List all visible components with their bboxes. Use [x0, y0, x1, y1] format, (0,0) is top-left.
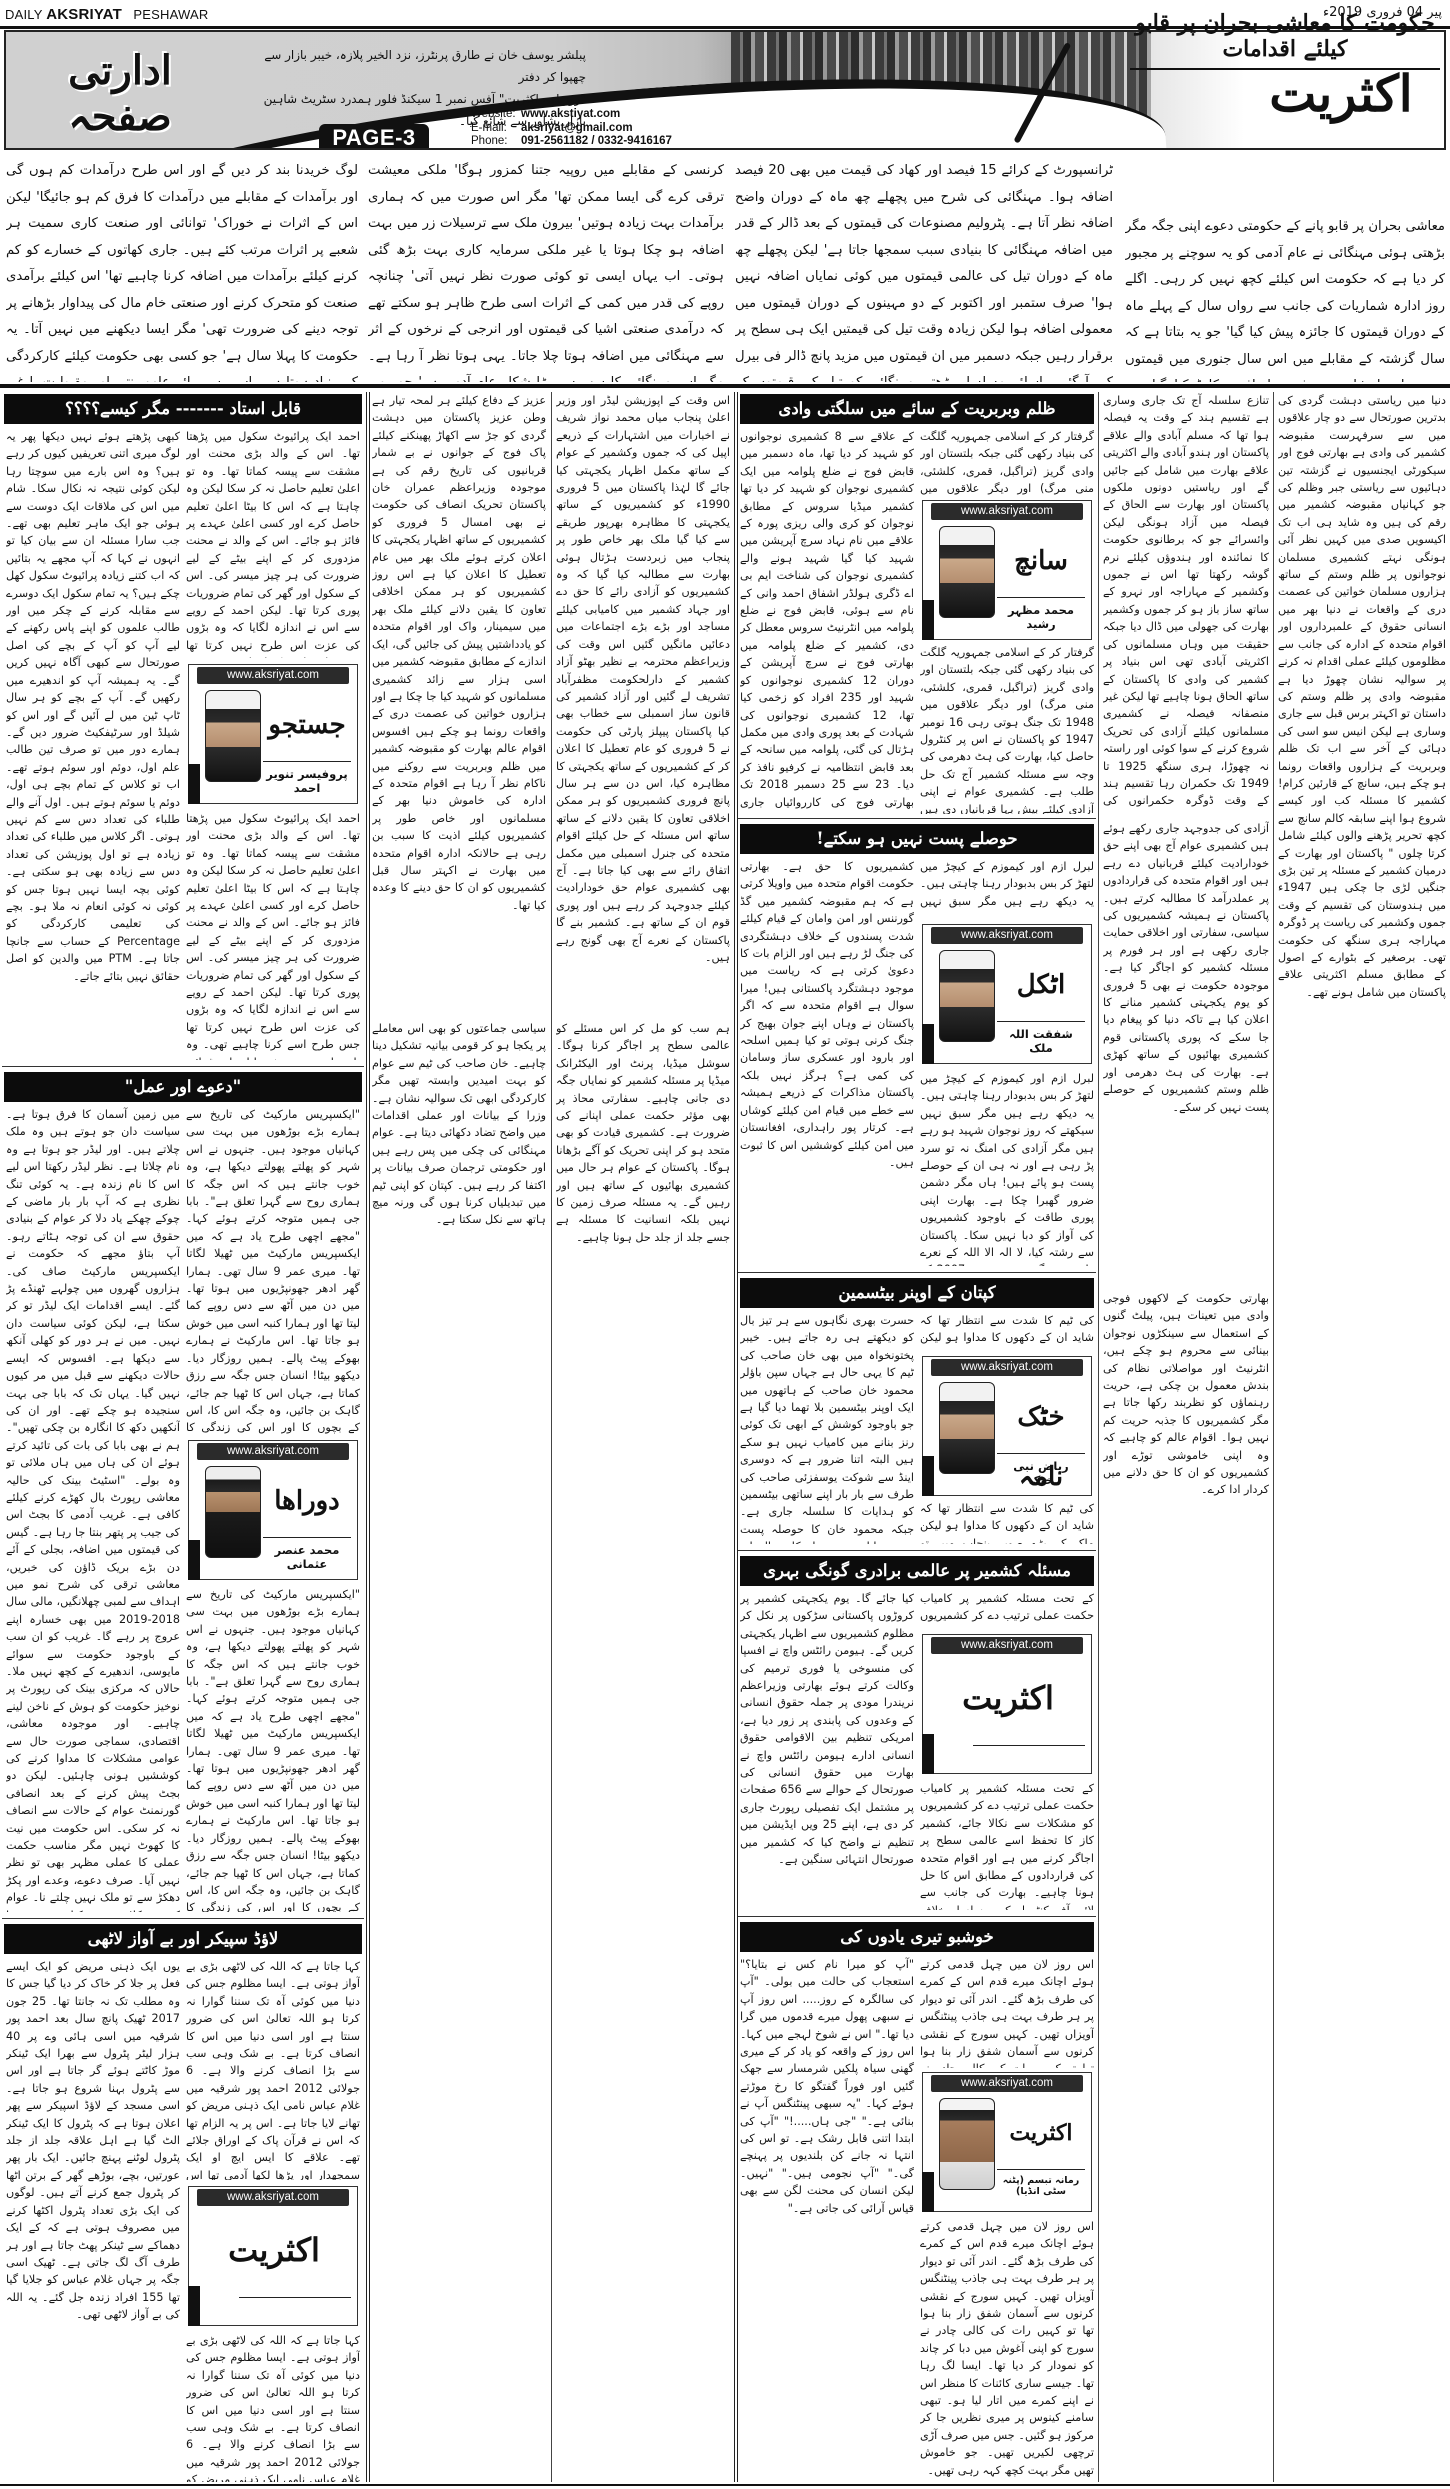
- website-label: www.aksriyat.com: [931, 503, 1083, 520]
- section-heading: خوشبو تیری یادوں کی: [740, 1922, 1094, 1952]
- article-text: لبرل ازم اور کیموزم کے کیچڑ میں لتھڑ کر …: [920, 858, 1094, 912]
- article-text: آزادی کی جدوجہد جاری رکھے ہوئے ہیں کشمیر…: [1103, 820, 1269, 1280]
- newspaper-brand: DAILY AKSRIYAT PESHAWAR: [5, 6, 208, 23]
- article-text: اس وقت کے اپوزیشن لیڈر اور وزیر اعلیٰ پن…: [556, 392, 730, 1012]
- editorial-article: معاشی بحران پر قابو پانے کے حکومتی دعوے …: [0, 158, 1450, 382]
- columnist-box-atkal: www.aksriyat.com اٹکل شفقت اللہ ملک: [922, 924, 1092, 1064]
- section-heading: حوصلے پست نہیں ہو سکتے!: [740, 824, 1094, 854]
- article-text: کے تحت مسئلہ کشمیر پر کامیاب حکمت عملی ت…: [920, 1780, 1094, 1910]
- columnist-box-rumana: www.aksriyat.com اکثریت رمانہ تبسم (پٹنہ…: [922, 2072, 1092, 2212]
- bottom-rule: [0, 2484, 1450, 2486]
- box-shadow-decoration: [188, 2286, 200, 2326]
- divider: [263, 761, 351, 762]
- article-text: عزیز کے دفاع کیلئے ہر لمحہ تیار ہے وطن ع…: [372, 392, 546, 1012]
- divider: [997, 2169, 1085, 2170]
- article-text: اس روز لان میں چہل قدمی کرتے ہوئے اچانک …: [920, 2218, 1094, 2482]
- column-divider: [1273, 392, 1274, 2482]
- article-text: گرفتار کر کے اسلامی جمہوریہ گلگت کی بنیا…: [920, 428, 1094, 498]
- article-text: لبرل ازم اور کیموزم کے کیچڑ میں لتھڑ کر …: [920, 1070, 1094, 1266]
- editorial-headline: حکومت کا معاشی بحران پر قابو کیلئے اقدام…: [1130, 10, 1440, 70]
- author-name: محمد عنصر عثمانی: [265, 1543, 349, 1571]
- divider: [997, 1021, 1085, 1022]
- columnist-photo: [939, 526, 995, 618]
- divider: [997, 1453, 1085, 1454]
- section-divider: [738, 1272, 1096, 1273]
- column-title: اکثریت: [1001, 2103, 1081, 2163]
- column-title: جستجو: [267, 695, 347, 755]
- website-link[interactable]: www.akstiyat.com: [521, 108, 620, 120]
- brand-prefix: DAILY: [5, 7, 42, 22]
- article-text: احمد ایک پرائیوٹ سکول میں پڑھتا تھا۔ اس …: [186, 810, 360, 1060]
- author-name: ریاض نبی خٹک: [999, 1459, 1083, 1487]
- author-name: شفقت اللہ ملک: [999, 1027, 1083, 1055]
- phone-label: Phone:: [471, 135, 521, 149]
- article-text: تنازع سلسلہ آج تک جاری وساری ہے تقسیم ہن…: [1103, 392, 1269, 812]
- article-text: کی ٹیم کا شدت سے انتظار تھا کہ شاید ان ک…: [920, 1500, 1094, 1544]
- column-divider: [551, 392, 552, 2482]
- box-shadow-decoration: [188, 764, 200, 804]
- website-label: www.aksriyat.com: [931, 1359, 1083, 1376]
- website-label: www.aksriyat.com: [197, 1443, 349, 1460]
- editorial-col-3: کرنسی کے مقابلے میں روپیہ جتنا کمزور ہوگ…: [368, 158, 724, 382]
- section-heading: ظلم وبربریت کے سائے میں سلگتی وادی: [740, 394, 1094, 424]
- page-number-badge: PAGE-3: [319, 124, 429, 150]
- website-label: www.aksriyat.com: [197, 667, 349, 684]
- article-text: گرفتار کر کے اسلامی جمہوریہ گلگت کی بنیا…: [920, 644, 1094, 814]
- box-shadow-decoration: [922, 2172, 934, 2212]
- article-text: دنیا میں ریاستی دہشت گردی کی بدترین صورت…: [1278, 392, 1446, 2482]
- section-heading: "دعوے اور عمل": [4, 1072, 362, 1102]
- columnist-photo: [205, 690, 261, 782]
- article-text: احمد ایک پرائیوٹ سکول میں پڑھتا تھا۔ اس …: [186, 428, 360, 658]
- website-label: www.aksriyat.com: [931, 2075, 1083, 2092]
- author-name: محمد مظہر رشید: [999, 603, 1083, 631]
- website-label: www.aksriyat.com: [197, 2189, 349, 2206]
- brand-city: PESHAWAR: [133, 7, 208, 22]
- article-text: بھارتی حکومت کے لاکھوں فوجی وادی میں تعی…: [1103, 1290, 1269, 2480]
- article-text: کہا جاتا ہے کہ اللہ کی لاٹھی بڑی بے آواز…: [186, 2332, 360, 2482]
- imprint-line-1: پبلشر یوسف خان نے طارق پرنٹرز، نزد الخیر…: [256, 44, 586, 88]
- phone-number: 091-2561182 / 0332-9416167: [521, 135, 672, 147]
- columnist-photo: [939, 950, 995, 1042]
- author-name: پروفیسر تنویر احمد: [265, 767, 349, 795]
- columnist-box-logo: www.aksriyat.com اکثریت: [922, 1634, 1092, 1774]
- column-divider-left: [366, 392, 370, 2482]
- divider: [973, 1745, 1085, 1746]
- box-shadow-decoration: [922, 1456, 934, 1496]
- divider: [239, 2297, 351, 2298]
- section-divider: [738, 818, 1096, 819]
- editorial-col-1: معاشی بحران پر قابو پانے کے حکومتی دعوے …: [1125, 214, 1445, 382]
- aksriyat-logo: اکثریت: [937, 1663, 1079, 1733]
- article-text: سیاسی جماعتوں کو بھی اس معاملے پر یکجا ہ…: [372, 1020, 546, 2482]
- column-title: اٹکل: [1001, 955, 1081, 1015]
- editorial-page-title: ادارتی صفحہ: [20, 48, 220, 140]
- article-text: حسرت بھری نگاہوں سے ہر تیز بال کو دیکھتے…: [740, 1312, 914, 1544]
- brand-name: AKSRIYAT: [46, 6, 122, 23]
- box-shadow-decoration: [922, 1734, 934, 1774]
- column-divider: [1098, 392, 1099, 2482]
- columnist-photo: [205, 1466, 261, 1558]
- columnist-box-doraha: www.aksriyat.com دوراھا محمد عنصر عثمانی: [188, 1440, 358, 1580]
- article-text: "ایکسپریس مارکیٹ کی تاریخ سے ہمارے بڑے ب…: [186, 1106, 360, 1436]
- section-divider: [2, 1918, 364, 1919]
- article-text: میں زمین آسمان کا فرق ہوتا ہے۔ سیاست دان…: [6, 1106, 180, 1912]
- column-divider-center: [734, 392, 738, 2482]
- author-name: رمانہ تبسم (پٹنہ سٹی انڈیا): [999, 2175, 1083, 2197]
- article-text: اس روز لان میں چہل قدمی کرتے ہوئے اچانک …: [920, 1956, 1094, 2068]
- divider: [263, 1537, 351, 1538]
- website-label: www.aksriyat.com: [931, 927, 1083, 944]
- article-text: ہم سب کو مل کر اس مسئلے کو عالمی سطح پر …: [556, 1020, 730, 2482]
- aksriyat-logo: اکثریت: [203, 2215, 345, 2285]
- email-label: E-mail:: [471, 122, 521, 136]
- section-divider: [738, 1550, 1096, 1551]
- article-text: یوں ایک ذہنی مریض کو ایک ایسے فعل پر جلا…: [6, 1958, 180, 2482]
- article-text: "ایکسپریس مارکیٹ کی تاریخ سے ہمارے بڑے ب…: [186, 1586, 360, 1912]
- columnist-box-justuju: www.aksriyat.com جستجو پروفیسر تنویر احم…: [188, 664, 358, 804]
- columnist-photo: [939, 2098, 995, 2190]
- column-title: دوراھا: [267, 1471, 347, 1531]
- divider: [997, 597, 1085, 598]
- editorial-col-4: لوگ خریدنا بند کر دیں گے اور اس طرح درآم…: [6, 158, 358, 382]
- box-shadow-decoration: [188, 1540, 200, 1580]
- columnist-photo: [939, 1382, 995, 1474]
- column-title: سانچ: [1001, 531, 1081, 591]
- article-text: کشمیریوں کا حق ہے۔ بھارتی حکومت اقوام مت…: [740, 858, 914, 1266]
- article-text: "آپ کو میرا نام کس نے بتایا؟" استعجاب کی…: [740, 1956, 914, 2482]
- contact-info: Website:www.akstiyat.com E-mail:aksriyat…: [471, 108, 672, 149]
- article-text: کیا جائے گا۔ یوم یکجہتی کشمیر پر کروڑوں …: [740, 1590, 914, 1910]
- editorial-bottom-rule: [0, 384, 1450, 388]
- box-shadow-decoration: [922, 1024, 934, 1064]
- columnist-box-khattak-nama: www.aksriyat.com خٹک نامہ ریاض نبی خٹک: [922, 1356, 1092, 1496]
- section-heading: لاؤڈ سپیکر اور بے آواز لاٹھی: [4, 1924, 362, 1954]
- columnist-box-logo: www.aksriyat.com اکثریت: [188, 2186, 358, 2326]
- box-shadow-decoration: [922, 600, 934, 640]
- article-text: کے تحت مسئلہ کشمیر پر کامیاب حکمت عملی ت…: [920, 1590, 1094, 1626]
- website-label: www.aksriyat.com: [931, 1637, 1083, 1654]
- email-link[interactable]: aksriyat@gmail.com: [521, 122, 633, 134]
- article-text: کہا جاتا ہے کہ اللہ کی لاٹھی بڑی بے آواز…: [186, 1958, 360, 2180]
- article-text: کی ٹیم کا شدت سے انتظار تھا کہ شاید ان ک…: [920, 1312, 1094, 1348]
- section-divider: [2, 1066, 364, 1067]
- columnist-box-sanch: www.aksriyat.com سانچ محمد مظہر رشید: [922, 500, 1092, 640]
- editorial-col-2: ٹرانسپورٹ کے کرائے 15 فیصد اور کھاد کی ق…: [735, 158, 1113, 382]
- article-text: کے علاقے سے 8 کشمیری نوجوانوں کو شہید کر…: [740, 428, 914, 814]
- article-text: کبھی پڑھتے ہوئے نہیں دیکھا پھر یہ لوگ می…: [6, 428, 180, 1060]
- section-heading: قابل استاد ------- مگر کیسے؟؟؟؟: [4, 394, 362, 424]
- section-heading: مسئلہ کشمیر پر عالمی برادری گونگی بہری ک…: [740, 1556, 1094, 1586]
- section-heading: کپتان کے اوپنر بیٹسمین: [740, 1278, 1094, 1308]
- section-divider: [738, 1916, 1096, 1917]
- column-title: خٹک نامہ: [1001, 1387, 1081, 1507]
- website-label: Website:: [471, 108, 521, 122]
